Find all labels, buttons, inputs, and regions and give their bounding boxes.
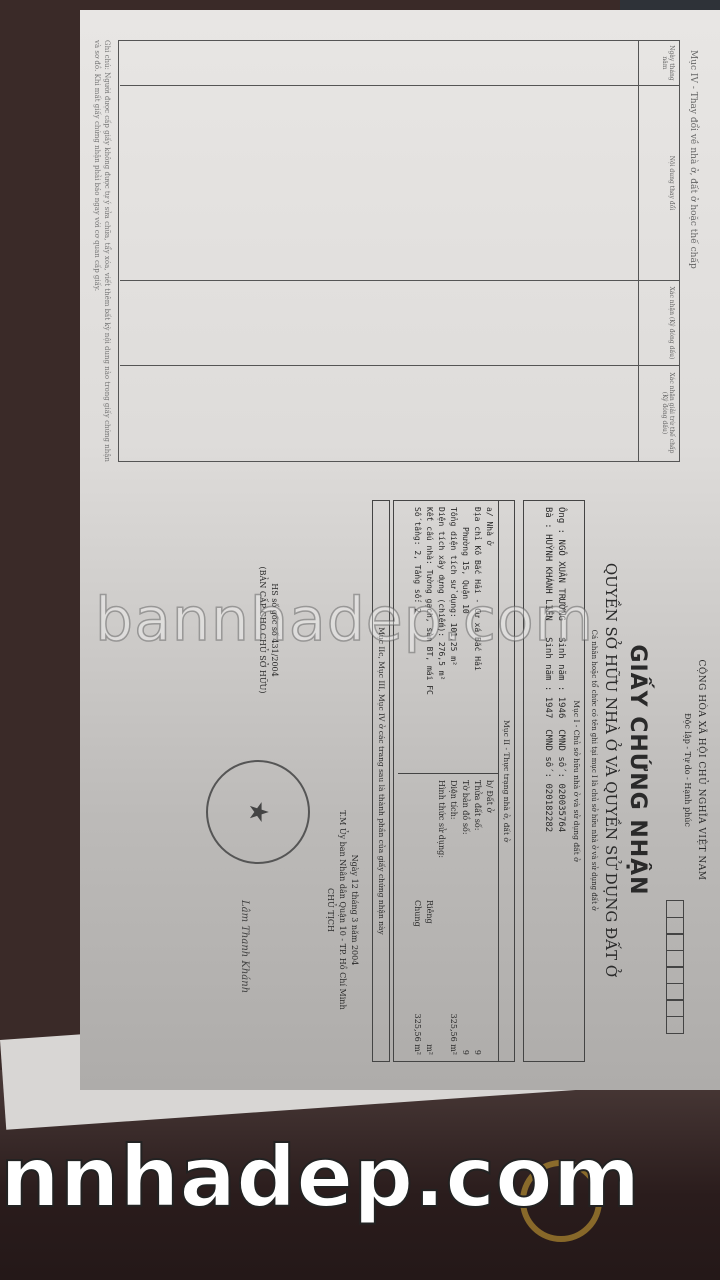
issuing-authority: T.M Ủy ban Nhân dân Quận 10 - TP. Hồ Chí… [336,790,348,1030]
page-section-iv: Mục IV - Thay đổi về nhà ở, đất ở hoặc t… [80,10,720,480]
certificate-document: Mục IV - Thay đổi về nhà ở, đất ở hoặc t… [80,10,720,1090]
signer-role: CHỦ TỊCH [324,790,336,1030]
changes-table: Ngày tháng năm Nội dung thay đổi Xác nhậ… [118,40,680,462]
col-confirm: Xác nhận (Ký đóng dấu) [639,281,679,366]
certificate-title: GIẤY CHỨNG NHẬN [625,510,650,1030]
signer-name: Lâm Thanh Khánh [239,900,250,993]
col-release: Xác nhận giải trừ thế chấp (Ký đóng dấu) [639,366,679,460]
section-iv-title: Mục IV - Thay đổi về nhà ở, đất ở hoặc t… [688,50,698,269]
land-info: b/ Đất ở Thửa đất số:9 Tờ bản đồ số:9 Di… [398,774,498,1061]
footnote: Ghi chú: Người được cấp giấy không được … [92,40,112,470]
page-certificate: CỘNG HÒA XÃ HỘI CHỦ NGHĨA VIỆT NAM Độc l… [80,490,720,1090]
col-content: Nội dung thay đổi [639,86,679,281]
watermark-bottom: nnhadep.com [0,1128,640,1226]
nation-header: CỘNG HÒA XÃ HỘI CHỦ NGHĨA VIỆT NAM [696,510,706,1030]
col-date: Ngày tháng năm [639,41,679,86]
changes-table-body [120,41,638,461]
signature-block: Ngày 12 tháng 3 năm 2004 T.M Ủy ban Nhân… [324,790,360,1030]
watermark-center: bannhadep.com [95,585,594,655]
serial-boxes [666,900,684,1032]
official-seal-star-icon: ★ [206,760,310,864]
changes-table-header: Ngày tháng năm Nội dung thay đổi Xác nhậ… [638,41,679,461]
issue-date: Ngày 12 tháng 3 năm 2004 [348,790,360,1030]
certificate-subtitle: QUYỀN SỞ HỮU NHÀ Ở VÀ QUYỀN SỬ DỤNG ĐẤT … [602,510,620,1030]
motto: Độc lập - Tự do - Hạnh phúc [683,510,692,1030]
